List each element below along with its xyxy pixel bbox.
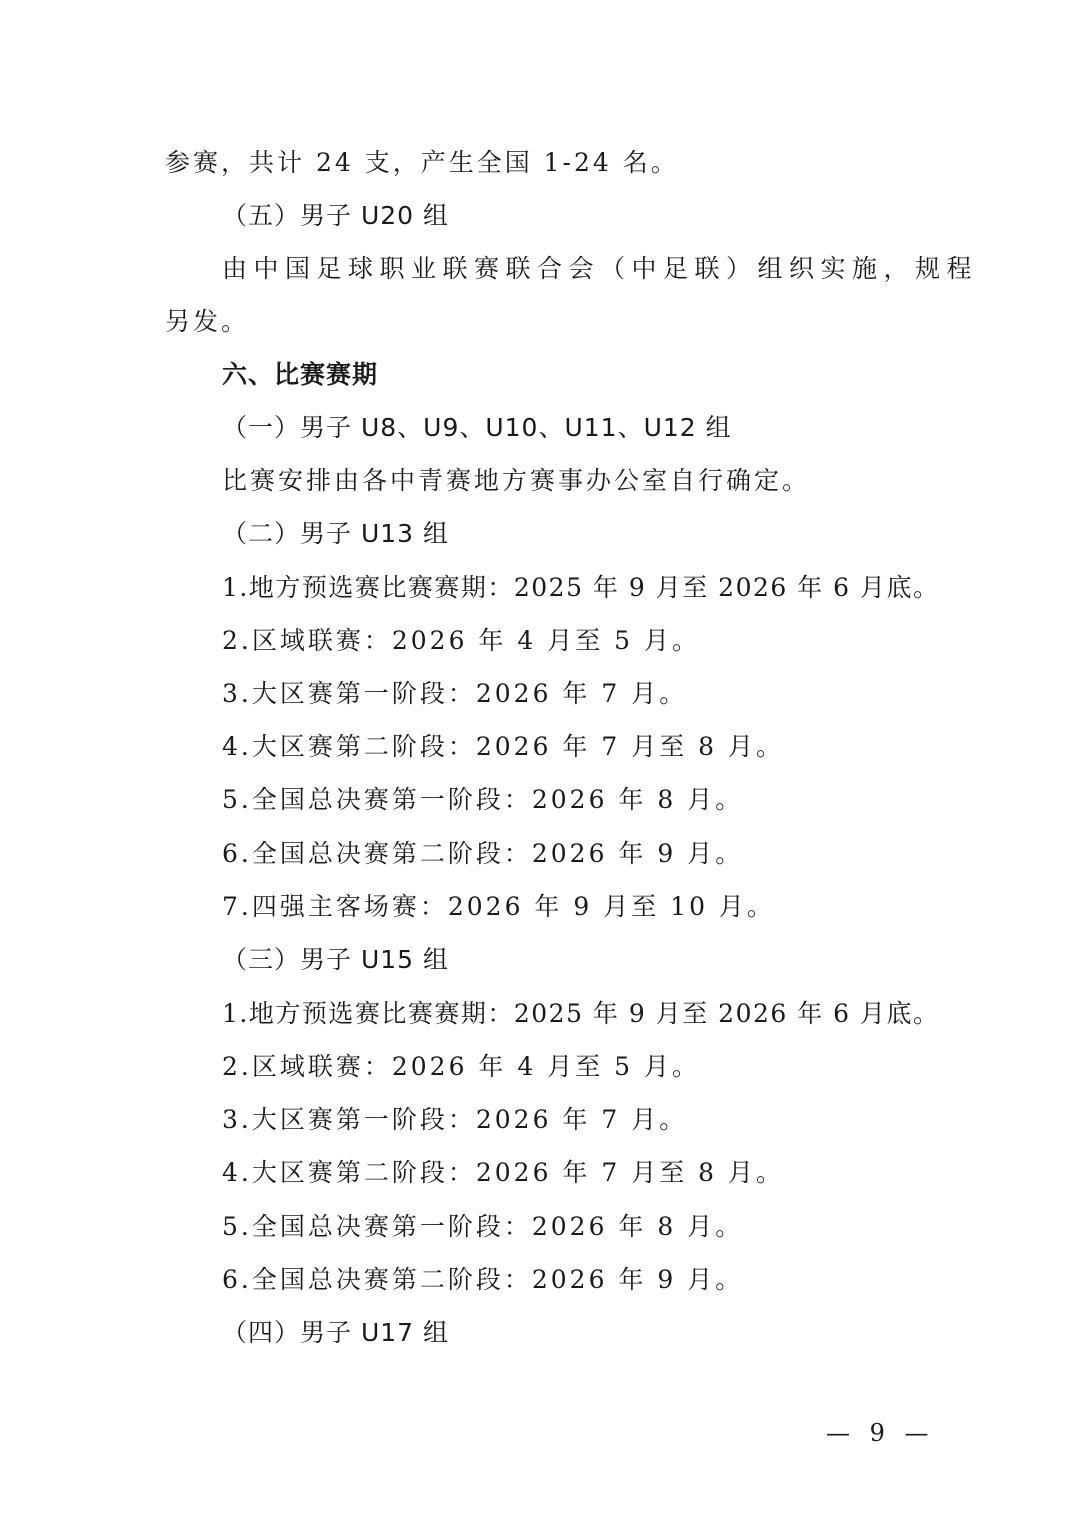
list-item: 2.区域联赛：2026 年 4 月至 5 月。 [222,624,982,658]
list-item: 5.全国总决赛第一阶段：2026 年 8 月。 [222,783,982,817]
list-item: 1.地方预选赛比赛赛期：2025 年 9 月至 2026 年 6 月底。 [222,571,982,605]
list-item: 3.大区赛第一阶段：2026 年 7 月。 [222,677,982,711]
subheading-u13: （二）男子 U13 组 [222,517,982,551]
paragraph-continued: 参赛，共计 24 支，产生全国 1-24 名。 [165,146,925,180]
list-item: 6.全国总决赛第二阶段：2026 年 9 月。 [222,837,982,871]
section-heading-schedule: 六、比赛赛期 [222,358,982,392]
paragraph-u20: 由中国足球职业联赛联合会（中足联）组织实施，规程 [222,252,982,286]
subheading-u8-u12: （一）男子 U8、U9、U10、U11、U12 组 [222,411,982,445]
page-number: — 9 — [826,1418,935,1448]
list-item: 3.大区赛第一阶段：2026 年 7 月。 [222,1103,982,1137]
subheading-u15: （三）男子 U15 组 [222,943,982,977]
paragraph-continued: 另发。 [165,305,925,339]
list-item: 4.大区赛第二阶段：2026 年 7 月至 8 月。 [222,1156,982,1190]
document-page: 参赛，共计 24 支，产生全国 1-24 名。 （五）男子 U20 组 由中国足… [0,0,1080,1527]
list-item: 2.区域联赛：2026 年 4 月至 5 月。 [222,1050,982,1084]
list-item: 1.地方预选赛比赛赛期：2025 年 9 月至 2026 年 6 月底。 [222,997,982,1031]
list-item: 6.全国总决赛第二阶段：2026 年 9 月。 [222,1263,982,1297]
list-item: 5.全国总决赛第一阶段：2026 年 8 月。 [222,1210,982,1244]
paragraph-u8-u12: 比赛安排由各中青赛地方赛事办公室自行确定。 [222,464,982,498]
list-item: 4.大区赛第二阶段：2026 年 7 月至 8 月。 [222,730,982,764]
subheading-u17: （四）男子 U17 组 [222,1316,982,1350]
subheading-u20: （五）男子 U20 组 [222,199,982,233]
list-item: 7.四强主客场赛：2026 年 9 月至 10 月。 [222,890,982,924]
